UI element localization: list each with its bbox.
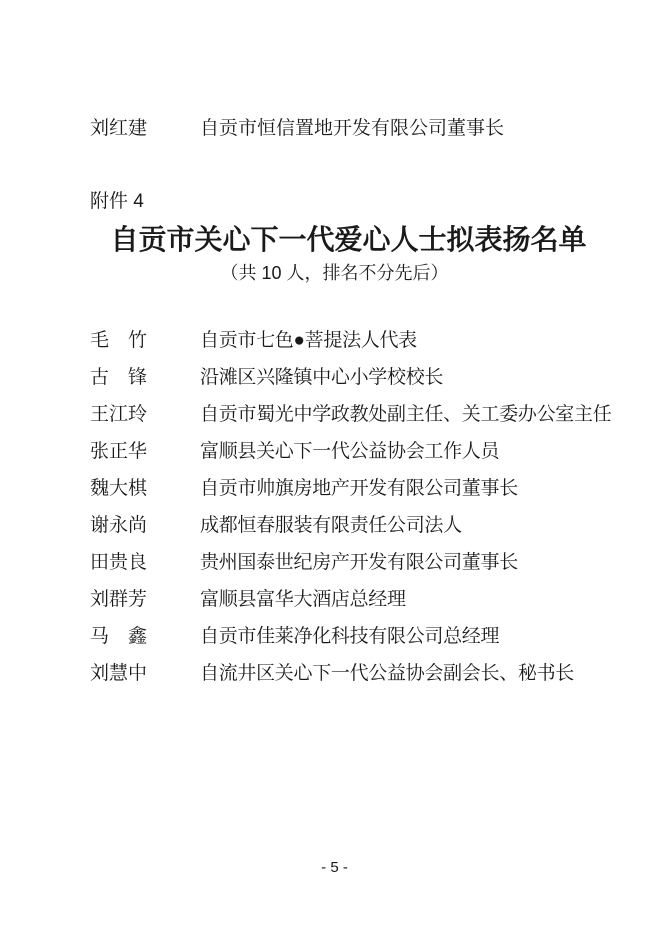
list-item: 刘慧中 自流井区关心下一代公益协会副会长、秘书长 [90, 662, 649, 686]
person-name: 刘慧中 [90, 662, 200, 686]
person-name: 谢永尚 [90, 514, 200, 538]
person-name: 古 锋 [90, 366, 200, 390]
person-title: 自贡市恒信置地开发有限公司董事长 [200, 117, 504, 141]
person-title: 自流井区关心下一代公益协会副会长、秘书长 [200, 662, 574, 686]
person-title: 自贡市帅旗房地产开发有限公司董事长 [200, 477, 518, 501]
list-item: 王江玲 自贡市蜀光中学政教处副主任、关工委办公室主任 [90, 403, 649, 427]
document-title: 自贡市关心下一代爱心人士拟表扬名单 [0, 223, 669, 257]
list-item: 田贵良 贵州国泰世纪房产开发有限公司董事长 [90, 551, 649, 575]
list-item: 魏大棋 自贡市帅旗房地产开发有限公司董事长 [90, 477, 649, 501]
attachment-label: 附件 4 [90, 190, 144, 214]
list-item: 马 鑫 自贡市佳莱净化科技有限公司总经理 [90, 625, 649, 649]
person-name: 刘群芳 [90, 588, 200, 612]
document-subtitle: （共 10 人，排名不分先后） [0, 260, 669, 286]
page-number: - 5 - [0, 858, 669, 878]
person-name: 王江玲 [90, 403, 200, 427]
list-item: 毛 竹 自贡市七色●菩提法人代表 [90, 329, 649, 353]
person-name: 马 鑫 [90, 625, 200, 649]
person-title: 富顺县富华大酒店总经理 [200, 588, 406, 612]
list-item: 张正华 富顺县关心下一代公益协会工作人员 [90, 440, 649, 464]
person-title: 自贡市佳莱净化科技有限公司总经理 [200, 625, 499, 649]
person-name: 刘红建 [90, 117, 200, 141]
person-name: 田贵良 [90, 551, 200, 575]
person-title: 沿滩区兴隆镇中心小学校校长 [200, 366, 443, 390]
person-name: 张正华 [90, 440, 200, 464]
person-title: 自贡市蜀光中学政教处副主任、关工委办公室主任 [200, 403, 611, 427]
person-title: 富顺县关心下一代公益协会工作人员 [200, 440, 499, 464]
honoree-list: 毛 竹 自贡市七色●菩提法人代表 古 锋 沿滩区兴隆镇中心小学校校长 王江玲 自… [90, 329, 649, 686]
person-title: 自贡市七色●菩提法人代表 [200, 329, 417, 353]
person-name: 魏大棋 [90, 477, 200, 501]
previous-list-tail-entry: 刘红建 自贡市恒信置地开发有限公司董事长 [90, 117, 649, 141]
person-title: 成都恒春服装有限责任公司法人 [200, 514, 462, 538]
list-item: 谢永尚 成都恒春服装有限责任公司法人 [90, 514, 649, 538]
list-item: 刘群芳 富顺县富华大酒店总经理 [90, 588, 649, 612]
person-name: 毛 竹 [90, 329, 200, 353]
document-page: 刘红建 自贡市恒信置地开发有限公司董事长 附件 4 自贡市关心下一代爱心人士拟表… [0, 0, 669, 947]
person-title: 贵州国泰世纪房产开发有限公司董事长 [200, 551, 518, 575]
list-item: 古 锋 沿滩区兴隆镇中心小学校校长 [90, 366, 649, 390]
